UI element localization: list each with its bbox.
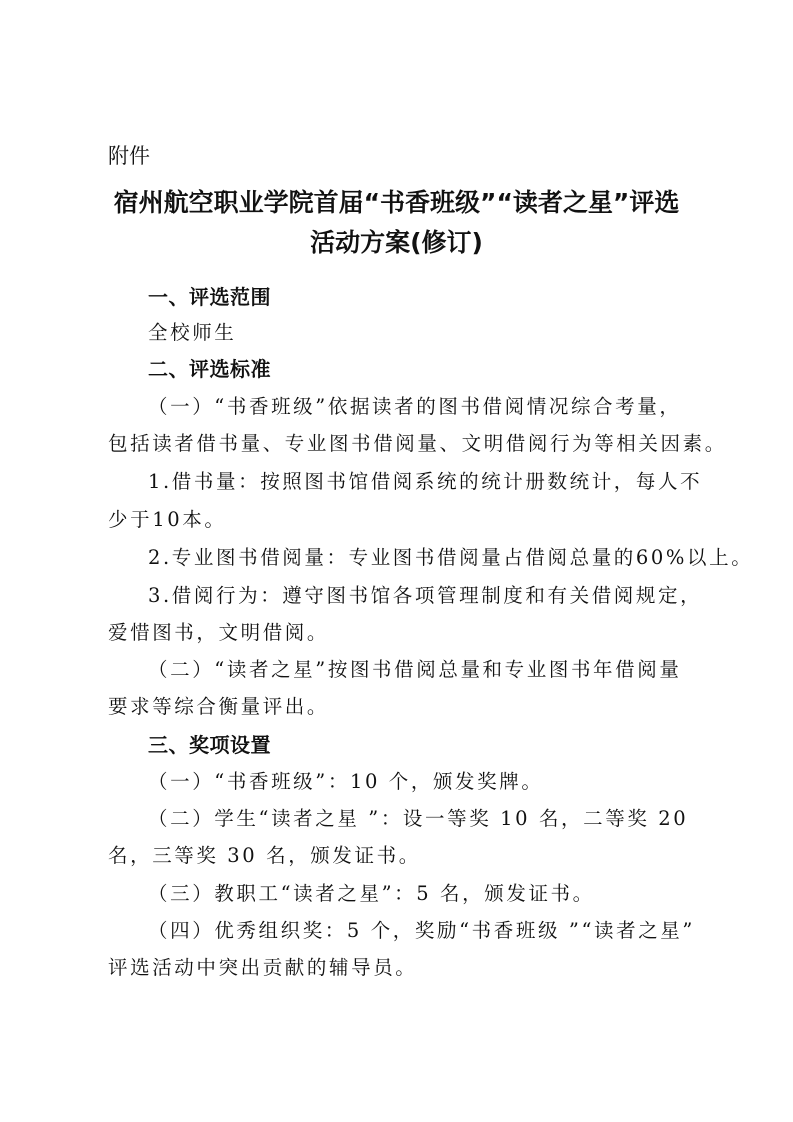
document-page: 附件 宿州航空职业学院首届“书香班级”“读者之星”评选 活动方案(修订) 一、评… <box>0 0 793 1122</box>
criteria-item-3-line-2: 爱惜图书，文明借阅。 <box>108 620 329 646</box>
criteria-item-2: 2.专业图书借阅量：专业图书借阅量占借阅总量的60%以上。 <box>148 545 753 571</box>
section-heading-scope: 一、评选范围 <box>148 284 271 310</box>
award-item-2-line-2: 名，三等奖 30 名，颁发证书。 <box>108 843 421 869</box>
award-item-1: （一）“书香班级”：10 个，颁发奖牌。 <box>148 769 543 795</box>
award-item-4-line-2: 评选活动中突出贡献的辅导员。 <box>108 955 417 981</box>
document-title-line-1: 宿州航空职业学院首届“书香班级”“读者之星”评选 <box>0 188 793 218</box>
scope-text: 全校师生 <box>148 320 236 346</box>
criteria-item-3-line-1: 3.借阅行为：遵守图书馆各项管理制度和有关借阅规定， <box>148 583 702 609</box>
criteria-star-para-line-2: 要求等综合衡量评出。 <box>108 694 329 720</box>
criteria-class-para-line-2: 包括读者借书量、专业图书借阅量、文明借阅行为等相关因素。 <box>108 431 727 457</box>
award-item-2-line-1: （二）学生“读者之星 ”：设一等奖 10 名，二等奖 20 <box>148 806 688 832</box>
criteria-star-para-line-1: （二）“读者之星”按图书借阅总量和专业图书年借阅量 <box>148 657 681 683</box>
attachment-label: 附件 <box>108 143 150 169</box>
criteria-item-1-line-2: 少于10本。 <box>108 507 226 533</box>
section-heading-awards: 三、奖项设置 <box>148 732 271 758</box>
criteria-class-para-line-1: （一）“书香班级”依据读者的图书借阅情况综合考量， <box>148 394 681 420</box>
document-title-line-2: 活动方案(修订) <box>0 228 793 258</box>
award-item-4-line-1: （四）优秀组织奖：5 个，奖励“书香班级 ”“读者之星” <box>148 918 695 944</box>
section-heading-criteria: 二、评选标准 <box>148 356 271 382</box>
award-item-3: （三）教职工“读者之星”：5 名，颁发证书。 <box>148 881 595 907</box>
criteria-item-1-line-1: 1.借书量：按照图书馆借阅系统的统计册数统计，每人不 <box>148 469 702 495</box>
